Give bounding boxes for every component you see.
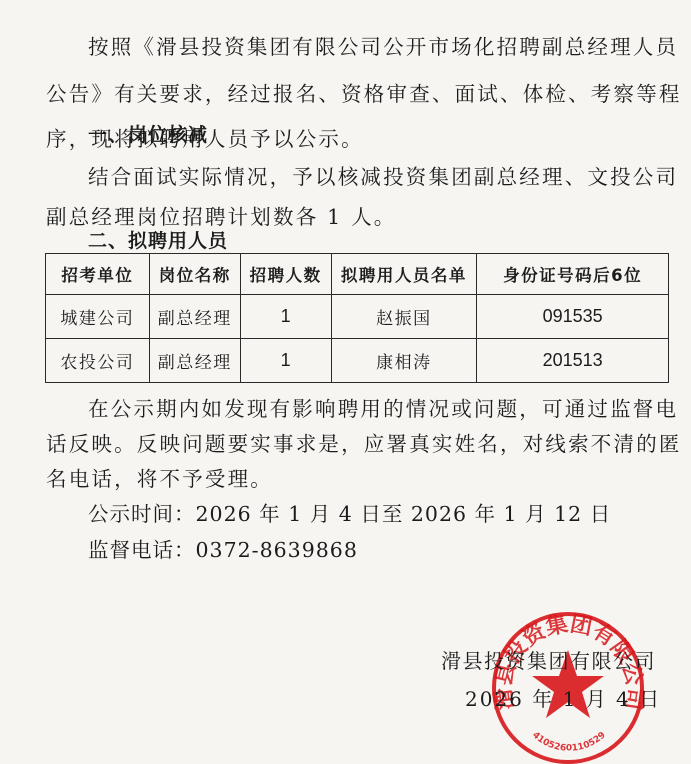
header-position: 岗位名称 xyxy=(149,254,240,295)
section-2-heading: 二、拟聘用人员 xyxy=(88,226,228,253)
section-1-heading: 一、岗位核减 xyxy=(88,120,208,147)
signature-date: 2026 年 1 月 4 日 xyxy=(465,683,661,712)
cell-position: 副总经理 xyxy=(149,339,240,383)
notice-line-3: 名电话，将不予受理。 xyxy=(46,462,273,492)
supervision-phone: 监督电话：0372-8639868 xyxy=(88,533,358,563)
publicity-period: 公示时间：2026 年 1 月 4 日至 2026 年 1 月 12 日 xyxy=(88,497,611,527)
cell-position: 副总经理 xyxy=(149,295,240,339)
intro-line-1: 按照《滑县投资集团有限公司公开市场化招聘副总经理人员 xyxy=(88,30,678,60)
cell-name: 康相涛 xyxy=(331,339,477,383)
svg-text:4105260110529: 4105260110529 xyxy=(530,730,608,753)
intro-line-2: 公告》有关要求，经过报名、资格审查、面试、体检、考察等程 xyxy=(46,77,682,107)
table-header-row: 招考单位 岗位名称 招聘人数 拟聘用人员名单 身份证号码后6位 xyxy=(46,254,669,295)
signature-org: 滑县投资集团有限公司 xyxy=(441,645,656,674)
section-1-line-1: 结合面试实际情况，予以核减投资集团副总经理、文投公司 xyxy=(88,160,678,190)
cell-count: 1 xyxy=(240,339,331,383)
notice-line-2: 话反映。反映问题要实事求是，应署真实姓名，对线索不清的匿 xyxy=(46,427,682,457)
cell-name: 赵振国 xyxy=(331,295,477,339)
header-name-list: 拟聘用人员名单 xyxy=(331,254,477,295)
cell-id-suffix: 091535 xyxy=(477,295,669,339)
notice-line-1: 在公示期内如发现有影响聘用的情况或问题，可通过监督电 xyxy=(88,392,678,422)
table-row: 农投公司 副总经理 1 康相涛 201513 xyxy=(46,339,669,383)
hire-table: 招考单位 岗位名称 招聘人数 拟聘用人员名单 身份证号码后6位 城建公司 副总经… xyxy=(45,253,669,383)
header-id-suffix: 身份证号码后6位 xyxy=(477,254,669,295)
table-row: 城建公司 副总经理 1 赵振国 091535 xyxy=(46,295,669,339)
cell-unit: 农投公司 xyxy=(46,339,150,383)
cell-unit: 城建公司 xyxy=(46,295,150,339)
cell-count: 1 xyxy=(240,295,331,339)
header-unit: 招考单位 xyxy=(46,254,150,295)
header-count: 招聘人数 xyxy=(240,254,331,295)
cell-id-suffix: 201513 xyxy=(477,339,669,383)
